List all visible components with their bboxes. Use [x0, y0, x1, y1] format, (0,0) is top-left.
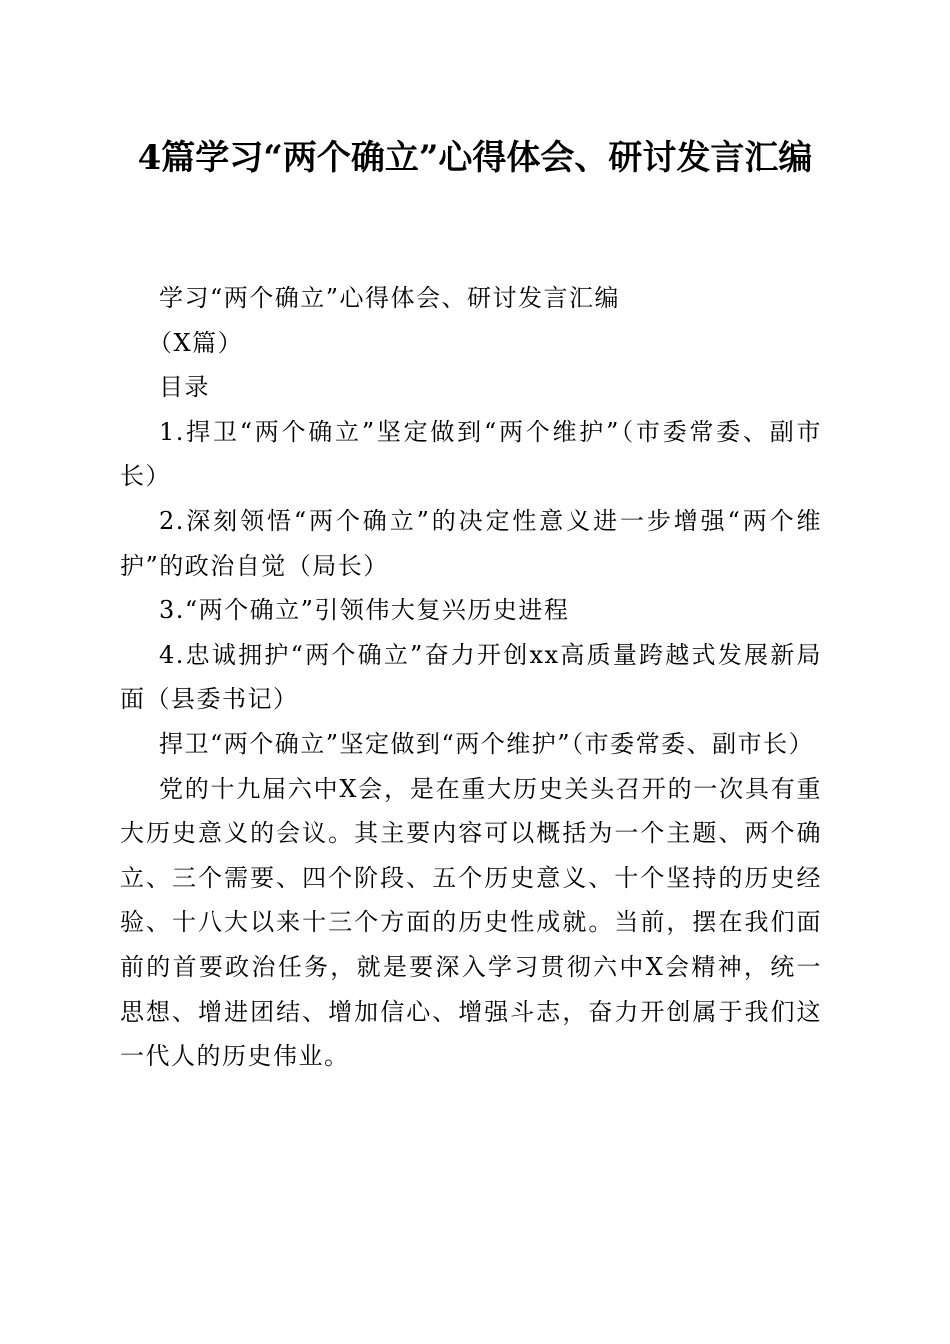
- document-page: 4篇学习“两个确立”心得体会、研讨发言汇编 学习“两个确立”心得体会、研讨发言汇…: [0, 0, 950, 1344]
- section-heading-1: 捍卫“两个确立”坚定做到“两个维护”（市委常委、副市长）: [120, 722, 822, 767]
- toc-item-2: 2.深刻领悟“两个确立”的决定性意义进一步增强“两个维护”的政治自觉（局长）: [120, 499, 822, 588]
- body-paragraph: 党的十九届六中X会，是在重大历史关头召开的一次具有重大历史意义的会议。其主要内容…: [120, 767, 822, 1079]
- document-body: 学习“两个确立”心得体会、研讨发言汇编 （X篇） 目录 1.捍卫“两个确立”坚定…: [120, 276, 822, 1079]
- toc-item-4: 4.忠诚拥护“两个确立”奋力开创xx高质量跨越式发展新局面（县委书记）: [120, 633, 822, 722]
- subtitle-paragraph: 学习“两个确立”心得体会、研讨发言汇编: [120, 276, 822, 321]
- document-title: 4篇学习“两个确立”心得体会、研讨发言汇编: [110, 135, 840, 181]
- article-count-paragraph: （X篇）: [120, 321, 822, 366]
- toc-item-1: 1.捍卫“两个确立”坚定做到“两个维护”（市委常委、副市长）: [120, 410, 822, 499]
- toc-heading: 目录: [120, 365, 822, 410]
- toc-item-3: 3.“两个确立”引领伟大复兴历史进程: [120, 588, 822, 633]
